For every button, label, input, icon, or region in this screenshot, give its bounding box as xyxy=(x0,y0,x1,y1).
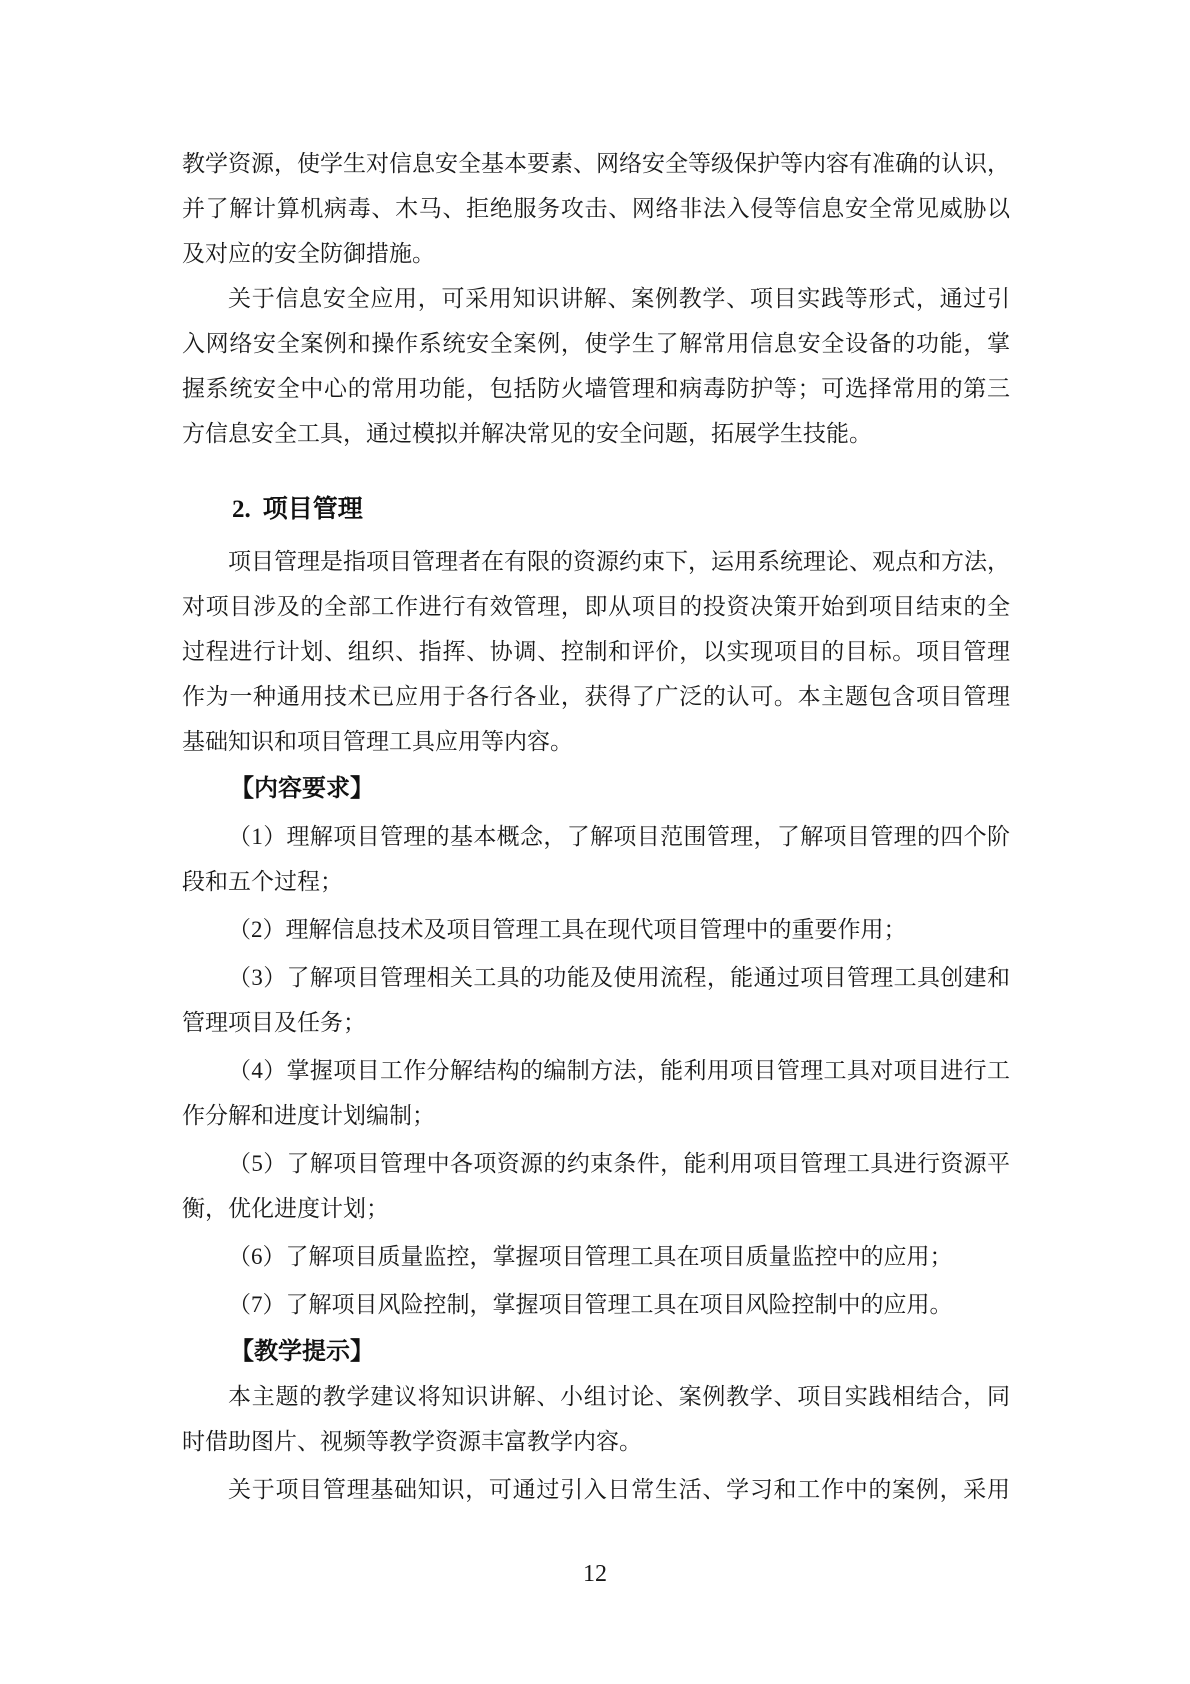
text-line: 及对应的安全防御措施。 xyxy=(182,231,1010,276)
section-heading-teaching-tips: 【教学提示】 xyxy=(182,1329,1010,1374)
text-line: （6）了解项目质量监控，掌握项目管理工具在项目质量监控中的应用； xyxy=(182,1234,1010,1279)
requirement-item-5: （5）了解项目管理中各项资源的约束条件，能利用项目管理工具进行资源平 衡，优化进… xyxy=(182,1141,1010,1231)
document-page: 教学资源，使学生对信息安全基本要素、网络安全等级保护等内容有准确的认识， 并了解… xyxy=(0,0,1190,1684)
text-line: 段和五个过程； xyxy=(182,859,1010,904)
text-line: （2）理解信息技术及项目管理工具在现代项目管理中的重要作用； xyxy=(182,907,1010,952)
text-line: 项目管理是指项目管理者在有限的资源约束下，运用系统理论、观点和方法， xyxy=(182,539,1010,584)
body-text: 教学资源，使学生对信息安全基本要素、网络安全等级保护等内容有准确的认识， 并了解… xyxy=(182,141,1010,1512)
text-line: 时借助图片、视频等教学资源丰富教学内容。 xyxy=(182,1419,1010,1464)
text-line: 关于信息安全应用，可采用知识讲解、案例教学、项目实践等形式，通过引 xyxy=(182,276,1010,321)
requirement-item-2: （2）理解信息技术及项目管理工具在现代项目管理中的重要作用； xyxy=(182,907,1010,952)
text-line: 对项目涉及的全部工作进行有效管理，即从项目的投资决策开始到项目结束的全 xyxy=(182,584,1010,629)
text-line: 方信息安全工具，通过模拟并解决常见的安全问题，拓展学生技能。 xyxy=(182,411,1010,456)
text-line: 管理项目及任务； xyxy=(182,1000,1010,1045)
text-line: （4）掌握项目工作分解结构的编制方法，能利用项目管理工具对项目进行工 xyxy=(182,1048,1010,1093)
text-line: 衡，优化进度计划； xyxy=(182,1186,1010,1231)
requirement-item-4: （4）掌握项目工作分解结构的编制方法，能利用项目管理工具对项目进行工 作分解和进… xyxy=(182,1048,1010,1138)
paragraph-teaching-method: 本主题的教学建议将知识讲解、小组讨论、案例教学、项目实践相结合，同 时借助图片、… xyxy=(182,1374,1010,1464)
text-line: （1）理解项目管理的基本概念，了解项目范围管理，了解项目管理的四个阶 xyxy=(182,814,1010,859)
paragraph-security-resources: 教学资源，使学生对信息安全基本要素、网络安全等级保护等内容有准确的认识， 并了解… xyxy=(182,141,1010,276)
text-line: 过程进行计划、组织、指挥、协调、控制和评价，以实现项目的目标。项目管理 xyxy=(182,629,1010,674)
requirement-item-7: （7）了解项目风险控制，掌握项目管理工具在项目风险控制中的应用。 xyxy=(182,1282,1010,1327)
text-line: 并了解计算机病毒、木马、拒绝服务攻击、网络非法入侵等信息安全常见威胁以 xyxy=(182,186,1010,231)
page-number: 12 xyxy=(0,1556,1190,1592)
text-line: 基础知识和项目管理工具应用等内容。 xyxy=(182,719,1010,764)
requirement-item-3: （3）了解项目管理相关工具的功能及使用流程，能通过项目管理工具创建和 管理项目及… xyxy=(182,955,1010,1045)
text-line: 关于项目管理基础知识，可通过引入日常生活、学习和工作中的案例，采用 xyxy=(182,1467,1010,1512)
paragraph-security-application: 关于信息安全应用，可采用知识讲解、案例教学、项目实践等形式，通过引 入网络安全案… xyxy=(182,276,1010,456)
heading-label: 项目管理 xyxy=(263,495,363,523)
text-line: 入网络安全案例和操作系统安全案例，使学生了解常用信息安全设备的功能，掌 xyxy=(182,321,1010,366)
section-heading-content-requirements: 【内容要求】 xyxy=(182,766,1010,811)
text-line: 本主题的教学建议将知识讲解、小组讨论、案例教学、项目实践相结合，同 xyxy=(182,1374,1010,1419)
text-line: （7）了解项目风险控制，掌握项目管理工具在项目风险控制中的应用。 xyxy=(182,1282,1010,1327)
text-line: （5）了解项目管理中各项资源的约束条件，能利用项目管理工具进行资源平 xyxy=(182,1141,1010,1186)
text-line: 作为一种通用技术已应用于各行各业，获得了广泛的认可。本主题包含项目管理 xyxy=(182,674,1010,719)
paragraph-pm-basics-case: 关于项目管理基础知识，可通过引入日常生活、学习和工作中的案例，采用 xyxy=(182,1467,1010,1512)
text-line: （3）了解项目管理相关工具的功能及使用流程，能通过项目管理工具创建和 xyxy=(182,955,1010,1000)
text-line: 握系统安全中心的常用功能，包括防火墙管理和病毒防护等；可选择常用的第三 xyxy=(182,366,1010,411)
heading-number: 2. xyxy=(232,496,251,523)
paragraph-project-management-intro: 项目管理是指项目管理者在有限的资源约束下，运用系统理论、观点和方法， 对项目涉及… xyxy=(182,539,1010,764)
requirement-item-1: （1）理解项目管理的基本概念，了解项目范围管理，了解项目管理的四个阶 段和五个过… xyxy=(182,814,1010,904)
text-line: 作分解和进度计划编制； xyxy=(182,1093,1010,1138)
text-line: 教学资源，使学生对信息安全基本要素、网络安全等级保护等内容有准确的认识， xyxy=(182,141,1010,186)
requirement-item-6: （6）了解项目质量监控，掌握项目管理工具在项目质量监控中的应用； xyxy=(182,1234,1010,1279)
heading-project-management: 2.项目管理 xyxy=(182,487,1010,532)
